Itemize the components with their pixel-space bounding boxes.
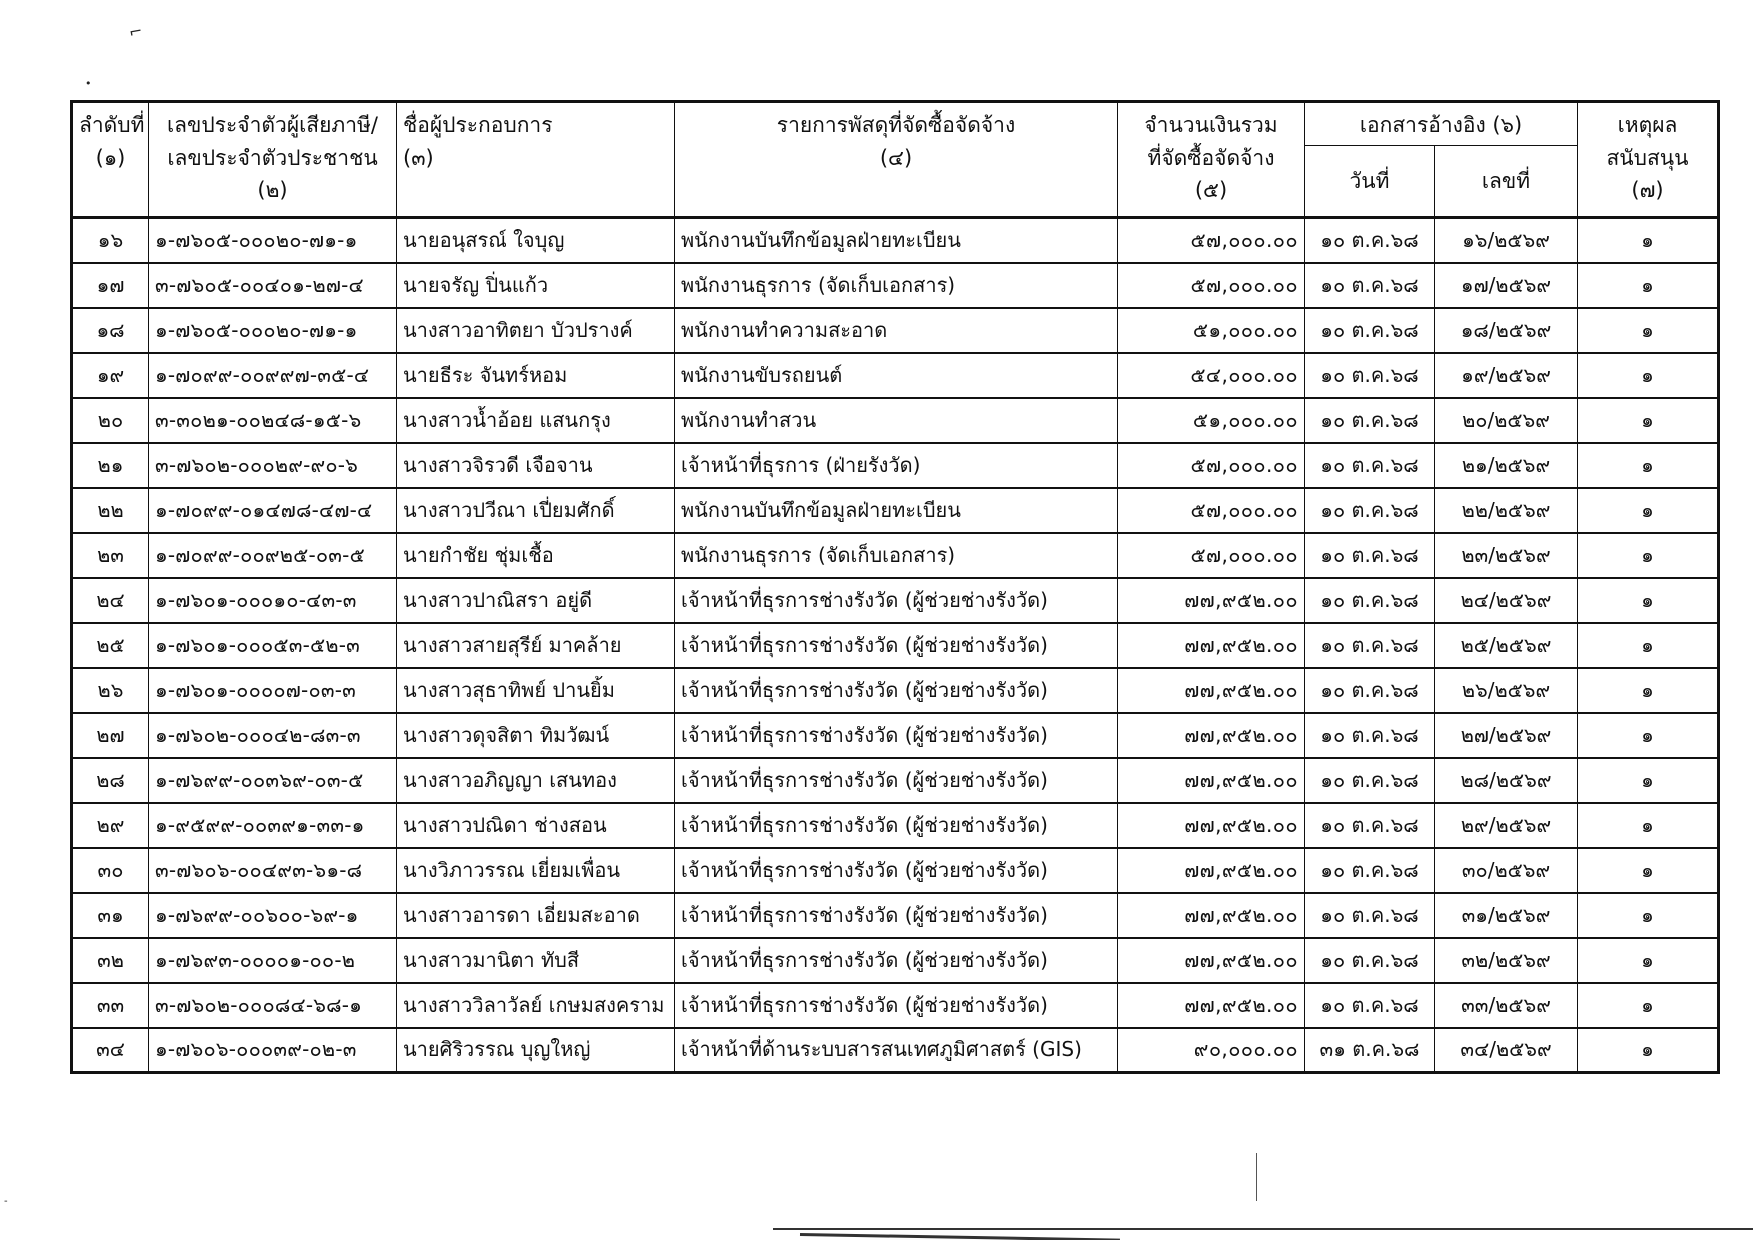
table-row: ๒๒๑-๗๐๙๙-๐๑๔๗๘-๔๗-๔นางสาวปวีณา เปี่ยมศัก… [72, 488, 1719, 533]
header-vendor-label: ชื่อผู้ประกอบการ [403, 109, 668, 142]
cell-ref-date: ๑๐ ต.ค.๖๘ [1305, 623, 1435, 668]
cell-vendor-name: นางสาวดุจสิตา ทิมวัฒน์ [397, 713, 675, 758]
cell-tax-id: ๑-๗๐๙๙-๐๑๔๗๘-๔๗-๔ [149, 488, 397, 533]
cell-ref-date: ๑๐ ต.ค.๖๘ [1305, 758, 1435, 803]
cell-ref-number: ๒๒/๒๕๖๙ [1435, 488, 1578, 533]
table-row: ๓๓๓-๗๖๐๒-๐๐๐๘๔-๖๘-๑นางสาววิลาวัลย์ เกษมส… [72, 983, 1719, 1028]
cell-vendor-name: นางสาวมานิตา ทับสี [397, 938, 675, 983]
cell-sequence: ๒๐ [72, 398, 149, 443]
cell-ref-number: ๑๗/๒๕๖๙ [1435, 263, 1578, 308]
cell-sequence: ๓๔ [72, 1028, 149, 1073]
cell-ref-number: ๒๖/๒๕๖๙ [1435, 668, 1578, 713]
cell-amount: ๗๗,๙๕๒.๐๐ [1118, 983, 1305, 1028]
cell-ref-number: ๑๖/๒๕๖๙ [1435, 218, 1578, 263]
cell-amount: ๕๔,๐๐๐.๐๐ [1118, 353, 1305, 398]
cell-ref-number: ๓๓/๒๕๖๙ [1435, 983, 1578, 1028]
cell-procurement-item: พนักงานบันทึกข้อมูลฝ่ายทะเบียน [675, 488, 1118, 533]
cell-vendor-name: นายธีระ จันทร์หอม [397, 353, 675, 398]
header-tax-id-number: (๒) [155, 174, 390, 207]
cell-tax-id: ๑-๗๖๐๕-๐๐๐๒๐-๗๑-๑ [149, 218, 397, 263]
cell-tax-id: ๑-๗๖๙๙-๐๐๓๖๙-๐๓-๕ [149, 758, 397, 803]
cell-procurement-item: เจ้าหน้าที่ธุรการช่างรังวัด (ผู้ช่วยช่าง… [675, 713, 1118, 758]
header-amount: จำนวนเงินรวม ที่จัดซื้อจัดจ้าง (๕) [1118, 102, 1305, 218]
cell-reason: ๑ [1578, 848, 1719, 893]
header-item-number: (๔) [681, 142, 1111, 175]
cell-ref-date: ๑๐ ต.ค.๖๘ [1305, 488, 1435, 533]
table-body: ๑๖๑-๗๖๐๕-๐๐๐๒๐-๗๑-๑นายอนุสรณ์ ใจบุญพนักง… [72, 218, 1719, 1073]
cell-amount: ๗๗,๙๕๒.๐๐ [1118, 803, 1305, 848]
cell-ref-date: ๓๑ ต.ค.๖๘ [1305, 1028, 1435, 1073]
cell-reason: ๑ [1578, 668, 1719, 713]
header-vendor: ชื่อผู้ประกอบการ (๓) [397, 102, 675, 218]
table-row: ๓๐๓-๗๖๐๖-๐๐๔๙๓-๖๑-๘นางวิภาวรรณ เยี่ยมเพื… [72, 848, 1719, 893]
cell-vendor-name: นางสาวปวีณา เปี่ยมศักดิ์ [397, 488, 675, 533]
cell-reason: ๑ [1578, 578, 1719, 623]
cell-procurement-item: พนักงานทำความสะอาด [675, 308, 1118, 353]
cell-procurement-item: พนักงานทำสวน [675, 398, 1118, 443]
cell-reason: ๑ [1578, 443, 1719, 488]
cell-ref-number: ๒๓/๒๕๖๙ [1435, 533, 1578, 578]
cell-vendor-name: นางสาวปาณิสรา อยู่ดี [397, 578, 675, 623]
cell-procurement-item: เจ้าหน้าที่ธุรการช่างรังวัด (ผู้ช่วยช่าง… [675, 893, 1118, 938]
cell-amount: ๗๗,๙๕๒.๐๐ [1118, 623, 1305, 668]
cell-reason: ๑ [1578, 893, 1719, 938]
cell-sequence: ๑๙ [72, 353, 149, 398]
cell-tax-id: ๑-๗๖๐๒-๐๐๐๔๒-๘๓-๓ [149, 713, 397, 758]
cell-vendor-name: นางสาววิลาวัลย์ เกษมสงคราม [397, 983, 675, 1028]
table-row: ๓๑๑-๗๖๙๙-๐๐๖๐๐-๖๙-๑นางสาวอารดา เอี่ยมสะอ… [72, 893, 1719, 938]
cell-ref-date: ๑๐ ต.ค.๖๘ [1305, 443, 1435, 488]
cell-amount: ๕๗,๐๐๐.๐๐ [1118, 533, 1305, 578]
cell-vendor-name: นางวิภาวรรณ เยี่ยมเพื่อน [397, 848, 675, 893]
table-row: ๒๑๓-๗๖๐๒-๐๐๐๒๙-๙๐-๖นางสาวจิรวดี เจือจานเ… [72, 443, 1719, 488]
table-row: ๑๗๓-๗๖๐๕-๐๐๔๐๑-๒๗-๔นายจรัญ ปิ่นแก้วพนักง… [72, 263, 1719, 308]
cell-ref-date: ๑๐ ต.ค.๖๘ [1305, 398, 1435, 443]
cell-ref-number: ๒๙/๒๕๖๙ [1435, 803, 1578, 848]
header-seq: ลำดับที่ (๑) [72, 102, 149, 218]
cell-amount: ๗๗,๙๕๒.๐๐ [1118, 578, 1305, 623]
cell-reason: ๑ [1578, 938, 1719, 983]
cell-tax-id: ๓-๗๖๐๕-๐๐๔๐๑-๒๗-๔ [149, 263, 397, 308]
cell-ref-date: ๑๐ ต.ค.๖๘ [1305, 308, 1435, 353]
cell-reason: ๑ [1578, 713, 1719, 758]
table-row: ๒๕๑-๗๖๐๑-๐๐๐๕๓-๕๒-๓นางสาวสายสุรีย์ มาคล้… [72, 623, 1719, 668]
cell-ref-number: ๒๘/๒๕๖๙ [1435, 758, 1578, 803]
table-header: ลำดับที่ (๑) เลขประจำตัวผู้เสียภาษี/ เลข… [72, 102, 1719, 218]
cell-ref-number: ๓๐/๒๕๖๙ [1435, 848, 1578, 893]
procurement-table: ลำดับที่ (๑) เลขประจำตัวผู้เสียภาษี/ เลข… [70, 100, 1720, 1074]
cell-ref-date: ๑๐ ต.ค.๖๘ [1305, 713, 1435, 758]
cell-ref-number: ๑๙/๒๕๖๙ [1435, 353, 1578, 398]
cell-procurement-item: พนักงานบันทึกข้อมูลฝ่ายทะเบียน [675, 218, 1118, 263]
cell-vendor-name: นางสาวสายสุรีย์ มาคล้าย [397, 623, 675, 668]
cell-reason: ๑ [1578, 218, 1719, 263]
cell-amount: ๕๗,๐๐๐.๐๐ [1118, 488, 1305, 533]
cell-vendor-name: นางสาวปณิดา ช่างสอน [397, 803, 675, 848]
header-amount-line1: จำนวนเงินรวม [1124, 109, 1298, 142]
cell-procurement-item: เจ้าหน้าที่ธุรการช่างรังวัด (ผู้ช่วยช่าง… [675, 848, 1118, 893]
cell-tax-id: ๑-๗๖๐๑-๐๐๐๑๐-๔๓-๓ [149, 578, 397, 623]
table-row: ๒๔๑-๗๖๐๑-๐๐๐๑๐-๔๓-๓นางสาวปาณิสรา อยู่ดีเ… [72, 578, 1719, 623]
header-reason-number: (๗) [1584, 174, 1711, 207]
cell-sequence: ๓๓ [72, 983, 149, 1028]
cell-tax-id: ๑-๗๖๐๕-๐๐๐๒๐-๗๑-๑ [149, 308, 397, 353]
table-row: ๒๓๑-๗๐๙๙-๐๐๙๒๕-๐๓-๕นายกำชัย ชุ่มเชื้อพนั… [72, 533, 1719, 578]
cell-vendor-name: นางสาวจิรวดี เจือจาน [397, 443, 675, 488]
cell-sequence: ๒๗ [72, 713, 149, 758]
cell-tax-id: ๑-๗๖๙๙-๐๐๖๐๐-๖๙-๑ [149, 893, 397, 938]
cell-sequence: ๒๔ [72, 578, 149, 623]
cell-procurement-item: เจ้าหน้าที่ธุรการช่างรังวัด (ผู้ช่วยช่าง… [675, 938, 1118, 983]
header-vendor-number: (๓) [403, 142, 668, 175]
cell-sequence: ๓๐ [72, 848, 149, 893]
table-row: ๒๗๑-๗๖๐๒-๐๐๐๔๒-๘๓-๓นางสาวดุจสิตา ทิมวัฒน… [72, 713, 1719, 758]
cell-procurement-item: เจ้าหน้าที่ธุรการช่างรังวัด (ผู้ช่วยช่าง… [675, 983, 1118, 1028]
header-ref-number: เลขที่ [1435, 146, 1578, 218]
cell-ref-number: ๒๐/๒๕๖๙ [1435, 398, 1578, 443]
cell-tax-id: ๑-๗๐๙๙-๐๐๙๒๕-๐๓-๕ [149, 533, 397, 578]
cell-sequence: ๑๗ [72, 263, 149, 308]
cell-tax-id: ๓-๗๖๐๒-๐๐๐๘๔-๖๘-๑ [149, 983, 397, 1028]
cell-sequence: ๒๕ [72, 623, 149, 668]
cell-reason: ๑ [1578, 803, 1719, 848]
cell-ref-number: ๒๑/๒๕๖๙ [1435, 443, 1578, 488]
table-row: ๓๒๑-๗๖๙๓-๐๐๐๐๑-๐๐-๒นางสาวมานิตา ทับสีเจ้… [72, 938, 1719, 983]
cell-ref-date: ๑๐ ต.ค.๖๘ [1305, 353, 1435, 398]
header-seq-label: ลำดับที่ [79, 109, 142, 142]
cell-procurement-item: เจ้าหน้าที่ธุรการช่างรังวัด (ผู้ช่วยช่าง… [675, 668, 1118, 713]
cell-sequence: ๒๑ [72, 443, 149, 488]
scan-artifact-line [800, 1233, 1120, 1240]
cell-sequence: ๒๖ [72, 668, 149, 713]
cell-procurement-item: เจ้าหน้าที่ธุรการ (ฝ่ายรังวัด) [675, 443, 1118, 488]
header-item: รายการพัสดุที่จัดซื้อจัดจ้าง (๔) [675, 102, 1118, 218]
cell-tax-id: ๓-๓๐๒๑-๐๐๒๔๘-๑๕-๖ [149, 398, 397, 443]
table-row: ๒๙๑-๙๕๙๙-๐๐๓๙๑-๓๓-๑นางสาวปณิดา ช่างสอนเจ… [72, 803, 1719, 848]
scan-artifact-line [1256, 1153, 1257, 1201]
cell-vendor-name: นายศิริวรรณ บุญใหญ่ [397, 1028, 675, 1073]
cell-amount: ๕๑,๐๐๐.๐๐ [1118, 308, 1305, 353]
cell-ref-date: ๑๐ ต.ค.๖๘ [1305, 803, 1435, 848]
header-tax-id: เลขประจำตัวผู้เสียภาษี/ เลขประจำตัวประชา… [149, 102, 397, 218]
cell-tax-id: ๑-๙๕๙๙-๐๐๓๙๑-๓๓-๑ [149, 803, 397, 848]
cell-reason: ๑ [1578, 353, 1719, 398]
cell-amount: ๗๗,๙๕๒.๐๐ [1118, 938, 1305, 983]
cell-ref-date: ๑๐ ต.ค.๖๘ [1305, 668, 1435, 713]
cell-ref-date: ๑๐ ต.ค.๖๘ [1305, 893, 1435, 938]
cell-vendor-name: นางสาวอารดา เอี่ยมสะอาด [397, 893, 675, 938]
cell-sequence: ๑๘ [72, 308, 149, 353]
cell-sequence: ๒๘ [72, 758, 149, 803]
cell-reason: ๑ [1578, 1028, 1719, 1073]
cell-sequence: ๒๙ [72, 803, 149, 848]
cell-ref-date: ๑๐ ต.ค.๖๘ [1305, 218, 1435, 263]
cell-ref-number: ๓๑/๒๕๖๙ [1435, 893, 1578, 938]
cell-reason: ๑ [1578, 623, 1719, 668]
cell-amount: ๕๗,๐๐๐.๐๐ [1118, 263, 1305, 308]
scan-speck-mark: - [4, 1197, 8, 1207]
cell-ref-date: ๑๐ ต.ค.๖๘ [1305, 578, 1435, 623]
cell-procurement-item: พนักงานขับรถยนต์ [675, 353, 1118, 398]
cell-amount: ๗๗,๙๕๒.๐๐ [1118, 758, 1305, 803]
header-reason-line1: เหตุผล [1584, 109, 1711, 142]
cell-vendor-name: นางสาวสุธาทิพย์ ปานยิ้ม [397, 668, 675, 713]
cell-ref-number: ๒๕/๒๕๖๙ [1435, 623, 1578, 668]
cell-reason: ๑ [1578, 398, 1719, 443]
cell-vendor-name: นายจรัญ ปิ่นแก้ว [397, 263, 675, 308]
header-reason-line2: สนับสนุน [1584, 142, 1711, 175]
cell-ref-date: ๑๐ ต.ค.๖๘ [1305, 533, 1435, 578]
scan-artifact-line [773, 1228, 1753, 1230]
cell-sequence: ๓๒ [72, 938, 149, 983]
cell-ref-date: ๑๐ ต.ค.๖๘ [1305, 938, 1435, 983]
cell-ref-number: ๒๗/๒๕๖๙ [1435, 713, 1578, 758]
header-item-label: รายการพัสดุที่จัดซื้อจัดจ้าง [681, 109, 1111, 142]
table-row: ๓๔๑-๗๖๐๖-๐๐๐๓๙-๐๒-๓นายศิริวรรณ บุญใหญ่เจ… [72, 1028, 1719, 1073]
scan-speck-mark: ⌐ [128, 23, 144, 41]
header-reference-docs: เอกสารอ้างอิง (๖) [1305, 102, 1578, 146]
cell-tax-id: ๓-๗๖๐๖-๐๐๔๙๓-๖๑-๘ [149, 848, 397, 893]
cell-vendor-name: นางสาวอาทิตยา บัวปรางค์ [397, 308, 675, 353]
cell-procurement-item: เจ้าหน้าที่ธุรการช่างรังวัด (ผู้ช่วยช่าง… [675, 623, 1118, 668]
cell-vendor-name: นางสาวอภิญญา เสนทอง [397, 758, 675, 803]
cell-vendor-name: นายอนุสรณ์ ใจบุญ [397, 218, 675, 263]
header-seq-number: (๑) [79, 142, 142, 175]
header-tax-id-line1: เลขประจำตัวผู้เสียภาษี/ [155, 109, 390, 142]
cell-tax-id: ๑-๗๐๙๙-๐๐๙๙๗-๓๕-๔ [149, 353, 397, 398]
cell-reason: ๑ [1578, 263, 1719, 308]
cell-ref-number: ๓๔/๒๕๖๙ [1435, 1028, 1578, 1073]
cell-ref-date: ๑๐ ต.ค.๖๘ [1305, 983, 1435, 1028]
cell-ref-date: ๑๐ ต.ค.๖๘ [1305, 263, 1435, 308]
scan-speck-mark: • [85, 78, 92, 89]
cell-tax-id: ๓-๗๖๐๒-๐๐๐๒๙-๙๐-๖ [149, 443, 397, 488]
cell-tax-id: ๑-๗๖๐๑-๐๐๐๕๓-๕๒-๓ [149, 623, 397, 668]
header-tax-id-line2: เลขประจำตัวประชาชน [155, 142, 390, 175]
cell-tax-id: ๑-๗๖๙๓-๐๐๐๐๑-๐๐-๒ [149, 938, 397, 983]
cell-reason: ๑ [1578, 533, 1719, 578]
table-row: ๒๘๑-๗๖๙๙-๐๐๓๖๙-๐๓-๕นางสาวอภิญญา เสนทองเจ… [72, 758, 1719, 803]
table-row: ๑๘๑-๗๖๐๕-๐๐๐๒๐-๗๑-๑นางสาวอาทิตยา บัวปราง… [72, 308, 1719, 353]
table-row: ๑๖๑-๗๖๐๕-๐๐๐๒๐-๗๑-๑นายอนุสรณ์ ใจบุญพนักง… [72, 218, 1719, 263]
table-row: ๒๐๓-๓๐๒๑-๐๐๒๔๘-๑๕-๖นางสาวน้ำอ้อย แสนกรุง… [72, 398, 1719, 443]
header-amount-line2: ที่จัดซื้อจัดจ้าง [1124, 142, 1298, 175]
cell-amount: ๗๗,๙๕๒.๐๐ [1118, 848, 1305, 893]
cell-amount: ๕๗,๐๐๐.๐๐ [1118, 218, 1305, 263]
cell-procurement-item: เจ้าหน้าที่ธุรการช่างรังวัด (ผู้ช่วยช่าง… [675, 758, 1118, 803]
cell-amount: ๙๐,๐๐๐.๐๐ [1118, 1028, 1305, 1073]
cell-ref-date: ๑๐ ต.ค.๖๘ [1305, 848, 1435, 893]
cell-procurement-item: เจ้าหน้าที่ธุรการช่างรังวัด (ผู้ช่วยช่าง… [675, 803, 1118, 848]
cell-vendor-name: นางสาวน้ำอ้อย แสนกรุง [397, 398, 675, 443]
cell-procurement-item: พนักงานธุรการ (จัดเก็บเอกสาร) [675, 263, 1118, 308]
cell-procurement-item: พนักงานธุรการ (จัดเก็บเอกสาร) [675, 533, 1118, 578]
cell-amount: ๕๑,๐๐๐.๐๐ [1118, 398, 1305, 443]
cell-amount: ๗๗,๙๕๒.๐๐ [1118, 893, 1305, 938]
cell-reason: ๑ [1578, 308, 1719, 353]
table-row: ๑๙๑-๗๐๙๙-๐๐๙๙๗-๓๕-๔นายธีระ จันทร์หอมพนัก… [72, 353, 1719, 398]
cell-amount: ๗๗,๙๕๒.๐๐ [1118, 713, 1305, 758]
cell-tax-id: ๑-๗๖๐๑-๐๐๐๐๗-๐๓-๓ [149, 668, 397, 713]
cell-ref-number: ๒๔/๒๕๖๙ [1435, 578, 1578, 623]
header-amount-number: (๕) [1124, 174, 1298, 207]
cell-reason: ๑ [1578, 488, 1719, 533]
cell-reason: ๑ [1578, 983, 1719, 1028]
cell-sequence: ๒๓ [72, 533, 149, 578]
cell-ref-number: ๑๘/๒๕๖๙ [1435, 308, 1578, 353]
table-row: ๒๖๑-๗๖๐๑-๐๐๐๐๗-๐๓-๓นางสาวสุธาทิพย์ ปานยิ… [72, 668, 1719, 713]
cell-procurement-item: เจ้าหน้าที่ด้านระบบสารสนเทศภูมิศาสตร์ (G… [675, 1028, 1118, 1073]
header-ref-date: วันที่ [1305, 146, 1435, 218]
cell-amount: ๗๗,๙๕๒.๐๐ [1118, 668, 1305, 713]
cell-amount: ๕๗,๐๐๐.๐๐ [1118, 443, 1305, 488]
cell-sequence: ๑๖ [72, 218, 149, 263]
cell-procurement-item: เจ้าหน้าที่ธุรการช่างรังวัด (ผู้ช่วยช่าง… [675, 578, 1118, 623]
cell-reason: ๑ [1578, 758, 1719, 803]
cell-sequence: ๒๒ [72, 488, 149, 533]
cell-tax-id: ๑-๗๖๐๖-๐๐๐๓๙-๐๒-๓ [149, 1028, 397, 1073]
cell-ref-number: ๓๒/๒๕๖๙ [1435, 938, 1578, 983]
header-reason: เหตุผล สนับสนุน (๗) [1578, 102, 1719, 218]
cell-vendor-name: นายกำชัย ชุ่มเชื้อ [397, 533, 675, 578]
cell-sequence: ๓๑ [72, 893, 149, 938]
